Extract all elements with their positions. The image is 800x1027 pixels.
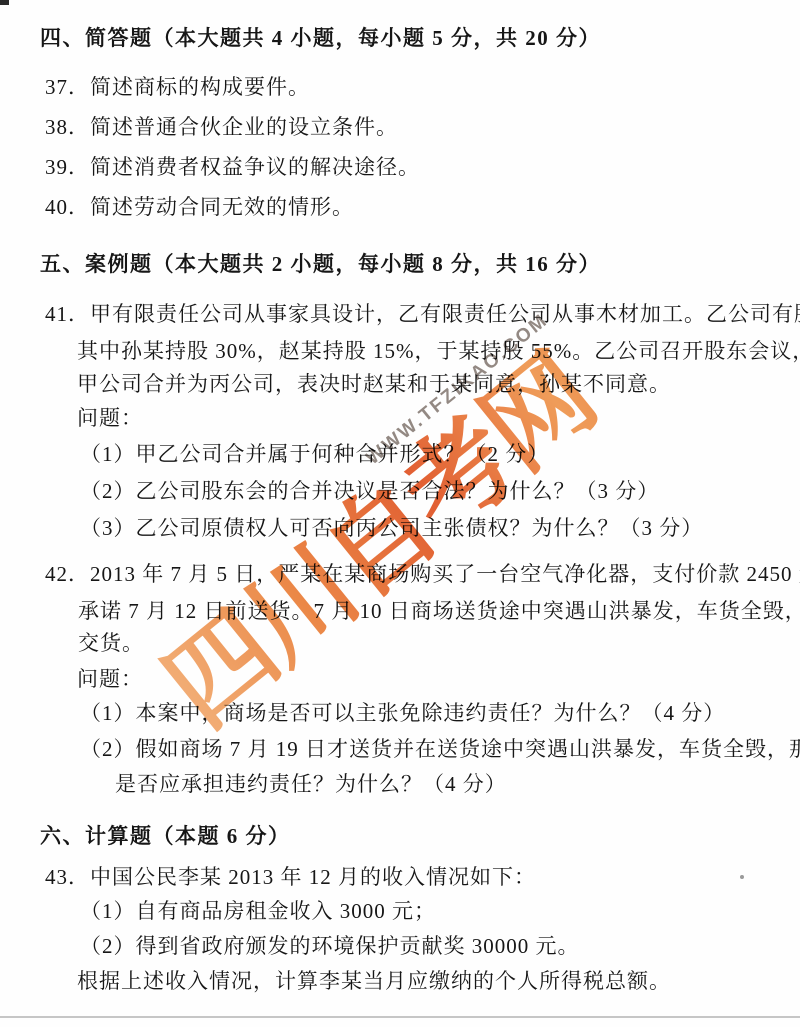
question-42-sub-2-line-1: （2）假如商场 7 月 19 日才送货并在送货途中突遇山洪暴发，车货全毁，那么商… bbox=[80, 736, 800, 762]
question-43-sub-2: （2）得到省政府颁发的环境保护贡献奖 30000 元。 bbox=[80, 933, 580, 959]
question-43-closing: 根据上述收入情况，计算李某当月应缴纳的个人所得税总额。 bbox=[77, 968, 671, 994]
question-37: 37．简述商标的构成要件。 bbox=[45, 74, 310, 100]
section-heading-calculation: 六、计算题（本题 6 分） bbox=[40, 823, 291, 849]
question-41-sub-3: （3）乙公司原债权人可否向丙公司主张债权？为什么？（3 分） bbox=[80, 515, 703, 541]
question-42-line-3: 交货。 bbox=[78, 630, 144, 656]
scan-corner-mark bbox=[0, 0, 9, 5]
exam-page: 四、简答题（本大题共 4 小题，每小题 5 分，共 20 分） 37．简述商标的… bbox=[0, 0, 800, 1027]
question-43-line-1: 43．中国公民李某 2013 年 12 月的收入情况如下： bbox=[45, 864, 536, 890]
section-heading-short-answer: 四、简答题（本大题共 4 小题，每小题 5 分，共 20 分） bbox=[40, 25, 601, 51]
question-39: 39．简述消费者权益争议的解决途径。 bbox=[45, 154, 420, 180]
question-42-prompt: 问题： bbox=[77, 666, 143, 692]
question-42-line-2: 承诺 7 月 12 日前送货。7 月 10 日商场送货途中突遇山洪暴发，车货全毁… bbox=[78, 598, 800, 624]
question-42-line-1: 42．2013 年 7 月 5 日，严某在某商场购买了一台空气净化器，支付价款 … bbox=[45, 561, 800, 587]
scan-artifact-dot bbox=[740, 875, 744, 879]
question-43-sub-1: （1）自有商品房租金收入 3000 元； bbox=[80, 898, 436, 924]
question-42-sub-1: （1）本案中，商场是否可以主张免除违约责任？为什么？（4 分） bbox=[80, 700, 725, 726]
scan-edge-line bbox=[0, 1016, 800, 1018]
question-41-line-1: 41．甲有限责任公司从事家具设计，乙有限责任公司从事木材加工。乙公司有股东 3 … bbox=[45, 301, 800, 327]
question-41-sub-2: （2）乙公司股东会的合并决议是否合法？为什么？（3 分） bbox=[80, 478, 659, 504]
question-38: 38．简述普通合伙企业的设立条件。 bbox=[45, 114, 398, 140]
question-40: 40．简述劳动合同无效的情形。 bbox=[45, 194, 354, 220]
question-41-prompt: 问题： bbox=[77, 405, 143, 431]
question-41-line-3: 甲公司合并为丙公司，表决时赵某和于某同意，孙某不同意。 bbox=[77, 371, 671, 397]
question-41-sub-1: （1）甲乙公司合并属于何种合并形式？（2 分） bbox=[80, 441, 549, 467]
question-42-sub-2-line-2: 是否应承担违约责任？为什么？（4 分） bbox=[115, 771, 507, 797]
section-heading-case-analysis: 五、案例题（本大题共 2 小题，每小题 8 分，共 16 分） bbox=[40, 251, 601, 277]
question-41-line-2: 其中孙某持股 30%，赵某持股 15%，于某持股 55%。乙公司召开股东会议，决… bbox=[77, 338, 800, 364]
